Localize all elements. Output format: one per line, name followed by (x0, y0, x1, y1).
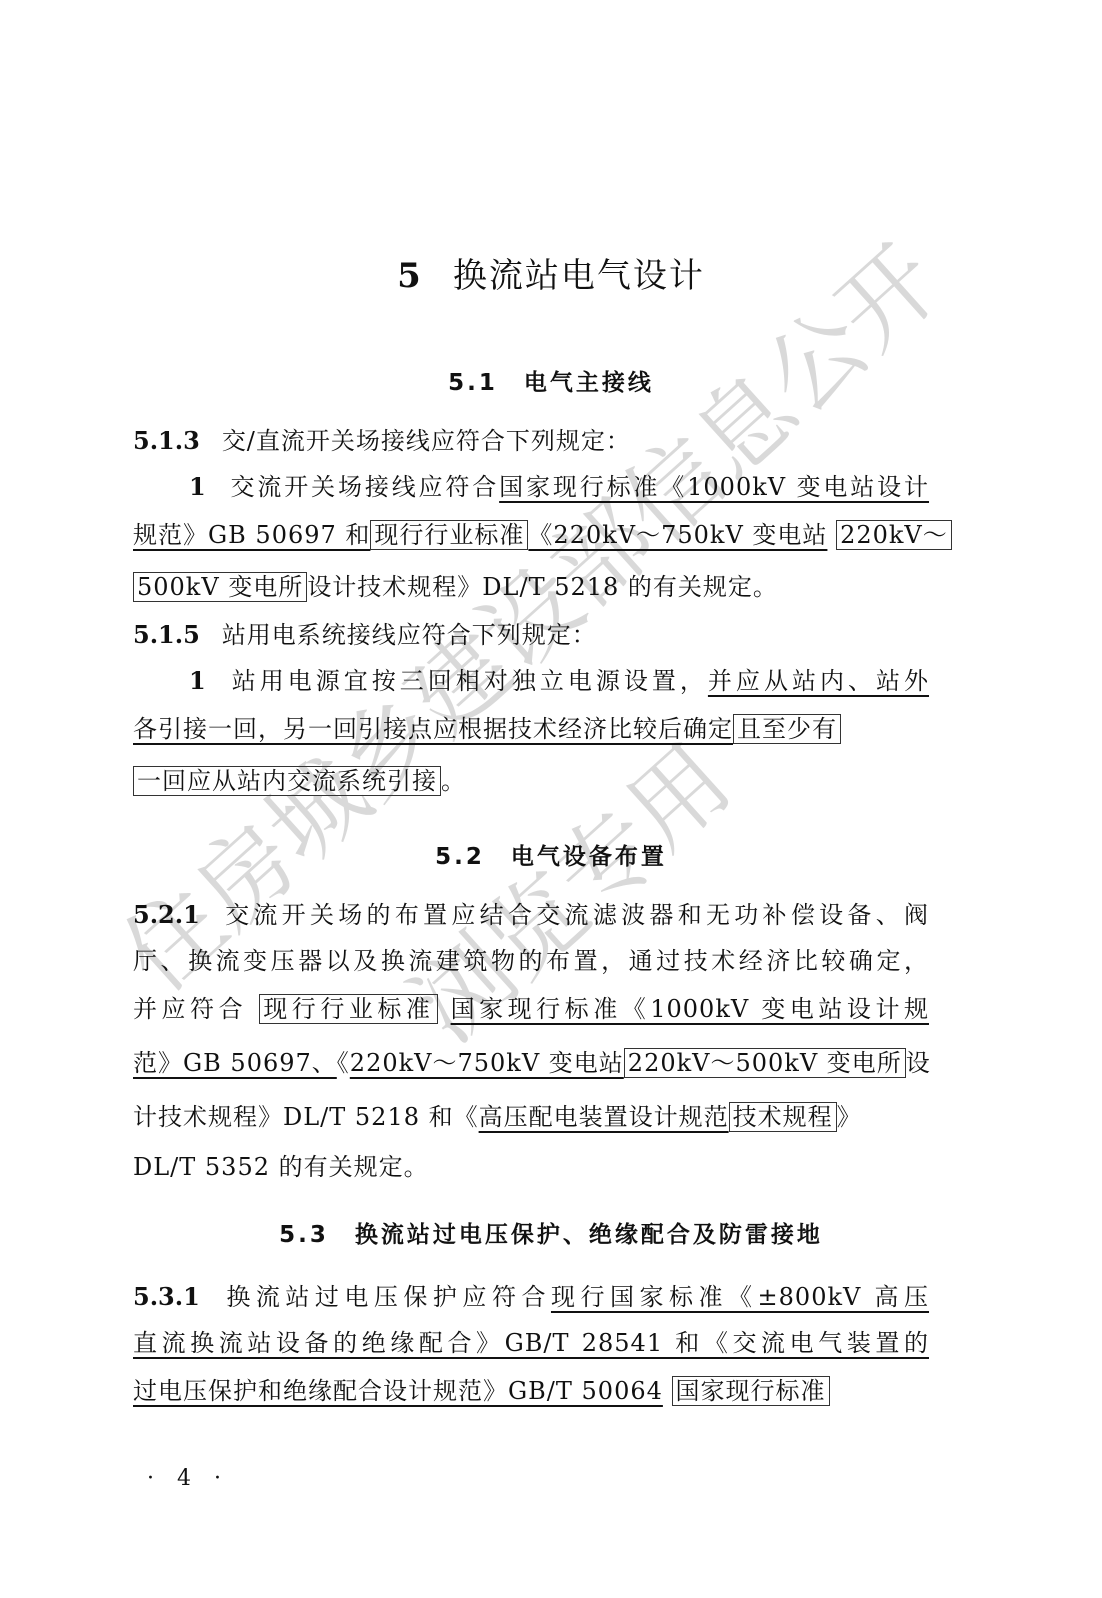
inserted-text: 并应从站内、站外 (708, 667, 929, 695)
clause-text: 换流站过电压保护应符合 (222, 1283, 551, 1311)
clause-5-1-5-item-1-line-2: 各引接一回，另一回引接点应根据技术经济比较后确定且至少有 (133, 712, 929, 746)
section-title-text: 电气主接线 (524, 370, 654, 396)
watermark-line-1: 住房城乡建设部信息公开 (88, 209, 964, 1017)
item-text: 交流开关场接线应符合 (229, 473, 499, 501)
clause-text: 交流开关场的布置应结合交流滤波器和无功补偿设备、阀 (222, 901, 929, 929)
item-number: 1 (189, 666, 207, 695)
deleted-text-box: 一回应从站内交流系统引接 (133, 766, 441, 796)
deleted-text-box: 且至少有 (733, 714, 841, 744)
clause-text: 《 (337, 1049, 350, 1077)
item-text: 站用电源宜按三回相对独立电源设置， (229, 667, 708, 695)
clause-text: DL/T 5352 的有关规定。 (133, 1153, 429, 1181)
clause-5-2-1-line-6: DL/T 5352 的有关规定。 (133, 1150, 929, 1184)
clause-5-2-1-line-4: 范》GB 50697、《220kV～750kV 变电站220kV～500kV 变… (133, 1046, 929, 1080)
document-page: 住房城乡建设部信息公开 浏览专用 5换流站电气设计 5.1电气主接线 5.1.3… (0, 0, 1102, 1598)
clause-text: 站用电系统接线应符合下列规定： (222, 621, 597, 649)
clause-5-3-1-line-3: 过电压保护和绝缘配合设计规范》GB/T 50064 国家现行标准 (133, 1374, 929, 1408)
inserted-text: 过电压保护和绝缘配合设计规范》GB/T 50064 (133, 1377, 663, 1405)
clause-text: 并应符合 (133, 995, 247, 1023)
clause-5-2-1-line-3: 并应符合 现行行业标准 国家现行标准《1000kV 变电站设计规 (133, 992, 929, 1026)
clause-text: 》 (837, 1103, 862, 1131)
clause-number: 5.1.3 (133, 426, 200, 455)
inserted-text: 规范》GB 50697 和 (133, 521, 370, 549)
inserted-text: 国家现行标准《1000kV 变电站设计规 (451, 995, 929, 1023)
inserted-text: 《220kV～750kV 变电站 (528, 521, 827, 549)
clause-5-1-3-item-1-line-2: 规范》GB 50697 和现行行业标准《220kV～750kV 变电站 220k… (133, 518, 929, 552)
deleted-text-box: 500kV 变电所 (133, 572, 307, 602)
clause-text: 设 (906, 1049, 931, 1077)
deleted-text-box: 技术规程 (729, 1102, 837, 1132)
deleted-text-box: 220kV～ (836, 520, 952, 550)
clause-5-3-1-line-1: 5.3.1换流站过电压保护应符合现行国家标准《±800kV 高压 (133, 1280, 929, 1314)
clause-5-1-3: 5.1.3交/直流开关场接线应符合下列规定： (133, 424, 929, 458)
item-text: 。 (441, 767, 466, 795)
chapter-title-text: 换流站电气设计 (453, 256, 705, 296)
inserted-text: 直流换流站设备的绝缘配合》GB/T 28541 和《交流电气装置的 (133, 1329, 929, 1357)
section-title-5-3: 5.3换流站过电压保护、绝缘配合及防雷接地 (0, 1216, 1102, 1249)
clause-5-1-3-item-1-line-1: 1交流开关场接线应符合国家现行标准《1000kV 变电站设计 (133, 470, 929, 504)
inserted-text: 高压配电装置设计规范 (479, 1103, 729, 1131)
deleted-text-box: 220kV～500kV 变电所 (624, 1048, 906, 1078)
chapter-title: 5换流站电气设计 (0, 248, 1102, 297)
clause-5-1-5: 5.1.5站用电系统接线应符合下列规定： (133, 618, 929, 652)
clause-5-1-5-item-1-line-1: 1站用电源宜按三回相对独立电源设置，并应从站内、站外 (133, 664, 929, 698)
deleted-text-box: 现行行业标准 (370, 520, 528, 550)
clause-number: 5.2.1 (133, 900, 200, 929)
chapter-number: 5 (397, 256, 423, 296)
section-title-text: 换流站过电压保护、绝缘配合及防雷接地 (355, 1222, 823, 1248)
clause-5-2-1-line-1: 5.2.1交流开关场的布置应结合交流滤波器和无功补偿设备、阀 (133, 898, 929, 932)
section-number: 5.2 (435, 844, 485, 870)
clause-5-1-5-item-1-line-3: 一回应从站内交流系统引接。 (133, 764, 929, 798)
page-number: · 4 · (147, 1466, 229, 1491)
inserted-text: 220kV～750kV 变电站 (350, 1049, 624, 1077)
inserted-text: 国家现行标准《1000kV 变电站设计 (499, 473, 929, 501)
clause-5-2-1-line-2: 厅、换流变压器以及换流建筑物的布置，通过技术经济比较确定， (133, 944, 929, 978)
inserted-text: 各引接一回，另一回引接点应根据技术经济比较后确定 (133, 715, 733, 743)
inserted-text: 范》GB 50697、 (133, 1049, 337, 1077)
clause-5-2-1-line-5: 计技术规程》DL/T 5218 和《高压配电装置设计规范技术规程》 (133, 1100, 929, 1134)
section-title-5-1: 5.1电气主接线 (0, 364, 1102, 397)
section-title-5-2: 5.2电气设备布置 (0, 838, 1102, 871)
item-text: 设计技术规程》DL/T 5218 的有关规定。 (307, 573, 778, 601)
item-number: 1 (189, 472, 207, 501)
clause-text: 厅、换流变压器以及换流建筑物的布置，通过技术经济比较确定， (133, 947, 929, 975)
section-number: 5.1 (448, 370, 498, 396)
inserted-text: 现行国家标准《±800kV 高压 (551, 1283, 929, 1311)
deleted-text-box: 国家现行标准 (672, 1376, 830, 1406)
clause-number: 5.3.1 (133, 1282, 200, 1311)
clause-text: 交/直流开关场接线应符合下列规定： (222, 427, 631, 455)
clause-5-3-1-line-2: 直流换流站设备的绝缘配合》GB/T 28541 和《交流电气装置的 (133, 1326, 929, 1360)
clause-number: 5.1.5 (133, 620, 200, 649)
deleted-text-box: 现行行业标准 (259, 994, 438, 1024)
clause-text: 计技术规程》DL/T 5218 和《 (133, 1103, 479, 1131)
section-title-text: 电气设备布置 (511, 844, 667, 870)
clause-5-1-3-item-1-line-3: 500kV 变电所设计技术规程》DL/T 5218 的有关规定。 (133, 570, 929, 604)
section-number: 5.3 (279, 1222, 329, 1248)
